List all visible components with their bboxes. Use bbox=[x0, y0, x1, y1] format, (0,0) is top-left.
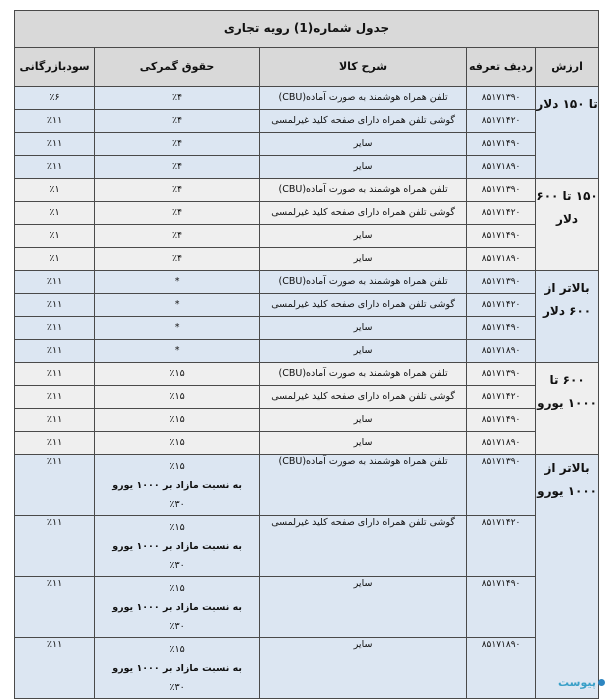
commercial-profit-cell: ٪۱۱ bbox=[15, 156, 95, 179]
description-cell: گوشی تلفن همراه دارای صفحه کلید غیرلمسی bbox=[260, 386, 467, 409]
tariff-code-cell: ۸۵۱۷۱۸۹۰ bbox=[467, 340, 536, 363]
tariff-table-container: جدول شماره(1) رویه تجاری ارزش ردیف تعرفه… bbox=[14, 10, 598, 699]
value-group-label: بالاتر از۶۰۰ دلار bbox=[536, 271, 599, 363]
commercial-profit-cell: ٪۱۱ bbox=[15, 294, 95, 317]
description-cell: سایر bbox=[260, 133, 467, 156]
description-cell: تلفن همراه هوشمند به صورت آماده(CBU) bbox=[260, 179, 467, 202]
table-row: ۸۵۱۷۱۸۹۰ سایر ٪۱۵ به نسبت مازاد بر ۱۰۰۰ … bbox=[15, 638, 599, 699]
header-commercial-profit: سودبازرگانی bbox=[15, 48, 95, 87]
tariff-code-cell: ۸۵۱۷۱۴۲۰ bbox=[467, 294, 536, 317]
commercial-profit-cell: ٪۱۱ bbox=[15, 363, 95, 386]
customs-duty-cell: * bbox=[95, 340, 260, 363]
duty-note: به نسبت مازاد بر ۱۰۰۰ یورو bbox=[95, 537, 259, 556]
customs-duty-cell: * bbox=[95, 317, 260, 340]
tariff-code-cell: ۸۵۱۷۱۳۹۰ bbox=[467, 363, 536, 386]
duty-base: ٪۱۵ bbox=[95, 457, 259, 476]
customs-duty-cell: ٪۴ bbox=[95, 133, 260, 156]
customs-duty-cell: ٪۱۵ به نسبت مازاد بر ۱۰۰۰ یورو ٪۳۰ bbox=[95, 516, 260, 577]
description-cell: سایر bbox=[260, 340, 467, 363]
value-group-label: تا ۱۵۰ دلار bbox=[536, 87, 599, 179]
customs-duty-cell: ٪۱۵ bbox=[95, 386, 260, 409]
value-group-label: ۶۰۰ تا۱۰۰۰ یورو bbox=[536, 363, 599, 455]
table-row: ۶۰۰ تا۱۰۰۰ یورو ۸۵۱۷۱۳۹۰ تلفن همراه هوشم… bbox=[15, 363, 599, 386]
description-cell: سایر bbox=[260, 248, 467, 271]
tariff-code-cell: ۸۵۱۷۱۸۹۰ bbox=[467, 248, 536, 271]
description-cell: گوشی تلفن همراه دارای صفحه کلید غیرلمسی bbox=[260, 516, 467, 577]
description-cell: سایر bbox=[260, 577, 467, 638]
table-row: ۸۵۱۷۱۸۹۰ سایر ٪۴ ٪۱ bbox=[15, 248, 599, 271]
table-row: ۸۵۱۷۱۴۹۰ سایر ٪۱۵ به نسبت مازاد بر ۱۰۰۰ … bbox=[15, 577, 599, 638]
commercial-profit-cell: ٪۱۱ bbox=[15, 133, 95, 156]
value-group-label: ۱۵۰ تا ۶۰۰دلار bbox=[536, 179, 599, 271]
table-row: بالاتر از۱۰۰۰ یورو ۸۵۱۷۱۳۹۰ تلفن همراه ه… bbox=[15, 455, 599, 516]
tariff-code-cell: ۸۵۱۷۱۴۲۰ bbox=[467, 110, 536, 133]
table-row: بالاتر از۶۰۰ دلار ۸۵۱۷۱۳۹۰ تلفن همراه هو… bbox=[15, 271, 599, 294]
duty-base: ٪۱۵ bbox=[95, 518, 259, 537]
duty-extra: ٪۳۰ bbox=[95, 556, 259, 575]
commercial-profit-cell: ٪۱۱ bbox=[15, 455, 95, 516]
commercial-profit-cell: ٪۱۱ bbox=[15, 577, 95, 638]
customs-duty-cell: ٪۴ bbox=[95, 110, 260, 133]
commercial-profit-cell: ٪۶ bbox=[15, 87, 95, 110]
header-tariff-code: ردیف تعرفه bbox=[467, 48, 536, 87]
duty-extra: ٪۳۰ bbox=[95, 495, 259, 514]
tariff-code-cell: ۸۵۱۷۱۴۹۰ bbox=[467, 409, 536, 432]
tariff-code-cell: ۸۵۱۷۱۴۲۰ bbox=[467, 516, 536, 577]
duty-note: به نسبت مازاد بر ۱۰۰۰ یورو bbox=[95, 476, 259, 495]
value-group-line1: بالاتر از bbox=[545, 461, 590, 475]
commercial-profit-cell: ٪۱ bbox=[15, 225, 95, 248]
customs-duty-cell: ٪۴ bbox=[95, 248, 260, 271]
tariff-code-cell: ۸۵۱۷۱۴۲۰ bbox=[467, 386, 536, 409]
description-cell: سایر bbox=[260, 409, 467, 432]
commercial-profit-cell: ٪۱۱ bbox=[15, 386, 95, 409]
duty-note: به نسبت مازاد بر ۱۰۰۰ یورو bbox=[95, 659, 259, 678]
table-row: ۸۵۱۷۱۸۹۰ سایر ٪۱۵ ٪۱۱ bbox=[15, 432, 599, 455]
tariff-code-cell: ۸۵۱۷۱۸۹۰ bbox=[467, 432, 536, 455]
value-group-line1: ۶۰۰ تا bbox=[549, 373, 584, 387]
tariff-code-cell: ۸۵۱۷۱۳۹۰ bbox=[467, 271, 536, 294]
customs-duty-cell: * bbox=[95, 271, 260, 294]
title-row: جدول شماره(1) رویه تجاری bbox=[15, 11, 599, 48]
table-row: ۸۵۱۷۱۴۹۰ سایر * ٪۱۱ bbox=[15, 317, 599, 340]
tariff-code-cell: ۸۵۱۷۱۸۹۰ bbox=[467, 156, 536, 179]
value-group-line1: ۱۵۰ تا ۶۰۰ bbox=[536, 189, 597, 203]
table-row: ۸۵۱۷۱۴۲۰ گوشی تلفن همراه دارای صفحه کلید… bbox=[15, 516, 599, 577]
table-row: ۸۵۱۷۱۴۹۰ سایر ٪۴ ٪۱ bbox=[15, 225, 599, 248]
table-title: جدول شماره(1) رویه تجاری bbox=[15, 11, 599, 48]
customs-duty-cell: ٪۱۵ به نسبت مازاد بر ۱۰۰۰ یورو ٪۳۰ bbox=[95, 577, 260, 638]
description-cell: تلفن همراه هوشمند به صورت آماده(CBU) bbox=[260, 363, 467, 386]
customs-duty-cell: ٪۴ bbox=[95, 179, 260, 202]
customs-duty-cell: ٪۱۵ به نسبت مازاد بر ۱۰۰۰ یورو ٪۳۰ bbox=[95, 455, 260, 516]
value-group-line2: ۱۰۰۰ یورو bbox=[537, 484, 597, 498]
table-row: تا ۱۵۰ دلار ۸۵۱۷۱۳۹۰ تلفن همراه هوشمند ب… bbox=[15, 87, 599, 110]
duty-note: به نسبت مازاد بر ۱۰۰۰ یورو bbox=[95, 598, 259, 617]
description-cell: سایر bbox=[260, 638, 467, 699]
description-cell: تلفن همراه هوشمند به صورت آماده(CBU) bbox=[260, 87, 467, 110]
commercial-profit-cell: ٪۱۱ bbox=[15, 432, 95, 455]
table-row: ۸۵۱۷۱۴۲۰ گوشی تلفن همراه دارای صفحه کلید… bbox=[15, 386, 599, 409]
table-row: ۸۵۱۷۱۴۲۰ گوشی تلفن همراه دارای صفحه کلید… bbox=[15, 110, 599, 133]
description-cell: سایر bbox=[260, 225, 467, 248]
tariff-code-cell: ۸۵۱۷۱۴۹۰ bbox=[467, 577, 536, 638]
commercial-profit-cell: ٪۱۱ bbox=[15, 516, 95, 577]
tariff-code-cell: ۸۵۱۷۱۴۹۰ bbox=[467, 317, 536, 340]
tariff-code-cell: ۸۵۱۷۱۴۹۰ bbox=[467, 133, 536, 156]
customs-duty-cell: ٪۱۵ bbox=[95, 432, 260, 455]
value-group-line2: ۶۰۰ دلار bbox=[543, 304, 591, 318]
value-group-label: بالاتر از۱۰۰۰ یورو bbox=[536, 455, 599, 699]
commercial-profit-cell: ٪۱۱ bbox=[15, 409, 95, 432]
header-value: ارزش bbox=[536, 48, 599, 87]
description-cell: گوشی تلفن همراه دارای صفحه کلید غیرلمسی bbox=[260, 202, 467, 225]
customs-duty-cell: ٪۴ bbox=[95, 202, 260, 225]
commercial-profit-cell: ٪۱ bbox=[15, 202, 95, 225]
watermark-dot-icon bbox=[598, 679, 605, 686]
duty-base: ٪۱۵ bbox=[95, 579, 259, 598]
table-row: ۸۵۱۷۱۸۹۰ سایر ٪۴ ٪۱۱ bbox=[15, 156, 599, 179]
description-cell: سایر bbox=[260, 317, 467, 340]
header-customs-duty: حقوق گمرکی bbox=[95, 48, 260, 87]
description-cell: سایر bbox=[260, 156, 467, 179]
commercial-profit-cell: ٪۱۱ bbox=[15, 638, 95, 699]
customs-duty-cell: ٪۱۵ bbox=[95, 409, 260, 432]
table-row: ۸۵۱۷۱۴۲۰ گوشی تلفن همراه دارای صفحه کلید… bbox=[15, 294, 599, 317]
table-row: ۸۵۱۷۱۴۹۰ سایر ٪۴ ٪۱۱ bbox=[15, 133, 599, 156]
customs-duty-cell: ٪۴ bbox=[95, 87, 260, 110]
commercial-profit-cell: ٪۱۱ bbox=[15, 110, 95, 133]
commercial-profit-cell: ٪۱۱ bbox=[15, 317, 95, 340]
value-group-line2: دلار bbox=[556, 212, 578, 226]
commercial-profit-cell: ٪۱۱ bbox=[15, 271, 95, 294]
tariff-code-cell: ۸۵۱۷۱۴۲۰ bbox=[467, 202, 536, 225]
value-group-line1: بالاتر از bbox=[545, 281, 590, 295]
tariff-code-cell: ۸۵۱۷۱۸۹۰ bbox=[467, 638, 536, 699]
commercial-profit-cell: ٪۱ bbox=[15, 179, 95, 202]
tariff-code-cell: ۸۵۱۷۱۳۹۰ bbox=[467, 455, 536, 516]
customs-duty-cell: ٪۱۵ bbox=[95, 363, 260, 386]
value-group-line2: ۱۰۰۰ یورو bbox=[537, 396, 597, 410]
watermark-text: پیوست bbox=[558, 676, 596, 689]
duty-extra: ٪۳۰ bbox=[95, 617, 259, 636]
tariff-table: جدول شماره(1) رویه تجاری ارزش ردیف تعرفه… bbox=[14, 10, 599, 699]
commercial-profit-cell: ٪۱ bbox=[15, 248, 95, 271]
description-cell: سایر bbox=[260, 432, 467, 455]
customs-duty-cell: * bbox=[95, 294, 260, 317]
customs-duty-cell: ٪۱۵ به نسبت مازاد بر ۱۰۰۰ یورو ٪۳۰ bbox=[95, 638, 260, 699]
duty-extra: ٪۳۰ bbox=[95, 678, 259, 697]
description-cell: تلفن همراه هوشمند به صورت آماده(CBU) bbox=[260, 271, 467, 294]
value-group-line1: تا ۱۵۰ دلار bbox=[536, 97, 597, 111]
commercial-profit-cell: ٪۱۱ bbox=[15, 340, 95, 363]
header-row: ارزش ردیف تعرفه شرح کالا حقوق گمرکی سودب… bbox=[15, 48, 599, 87]
tariff-code-cell: ۸۵۱۷۱۳۹۰ bbox=[467, 87, 536, 110]
description-cell: تلفن همراه هوشمند به صورت آماده(CBU) bbox=[260, 455, 467, 516]
description-cell: گوشی تلفن همراه دارای صفحه کلید غیرلمسی bbox=[260, 294, 467, 317]
table-row: ۸۵۱۷۱۸۹۰ سایر * ٪۱۱ bbox=[15, 340, 599, 363]
watermark-logo: پیوست bbox=[558, 676, 605, 689]
table-row: ۱۵۰ تا ۶۰۰دلار ۸۵۱۷۱۳۹۰ تلفن همراه هوشمن… bbox=[15, 179, 599, 202]
customs-duty-cell: ٪۴ bbox=[95, 225, 260, 248]
duty-base: ٪۱۵ bbox=[95, 640, 259, 659]
table-row: ۸۵۱۷۱۴۹۰ سایر ٪۱۵ ٪۱۱ bbox=[15, 409, 599, 432]
header-description: شرح کالا bbox=[260, 48, 467, 87]
table-row: ۸۵۱۷۱۴۲۰ گوشی تلفن همراه دارای صفحه کلید… bbox=[15, 202, 599, 225]
description-cell: گوشی تلفن همراه دارای صفحه کلید غیرلمسی bbox=[260, 110, 467, 133]
tariff-code-cell: ۸۵۱۷۱۴۹۰ bbox=[467, 225, 536, 248]
tariff-code-cell: ۸۵۱۷۱۳۹۰ bbox=[467, 179, 536, 202]
customs-duty-cell: ٪۴ bbox=[95, 156, 260, 179]
